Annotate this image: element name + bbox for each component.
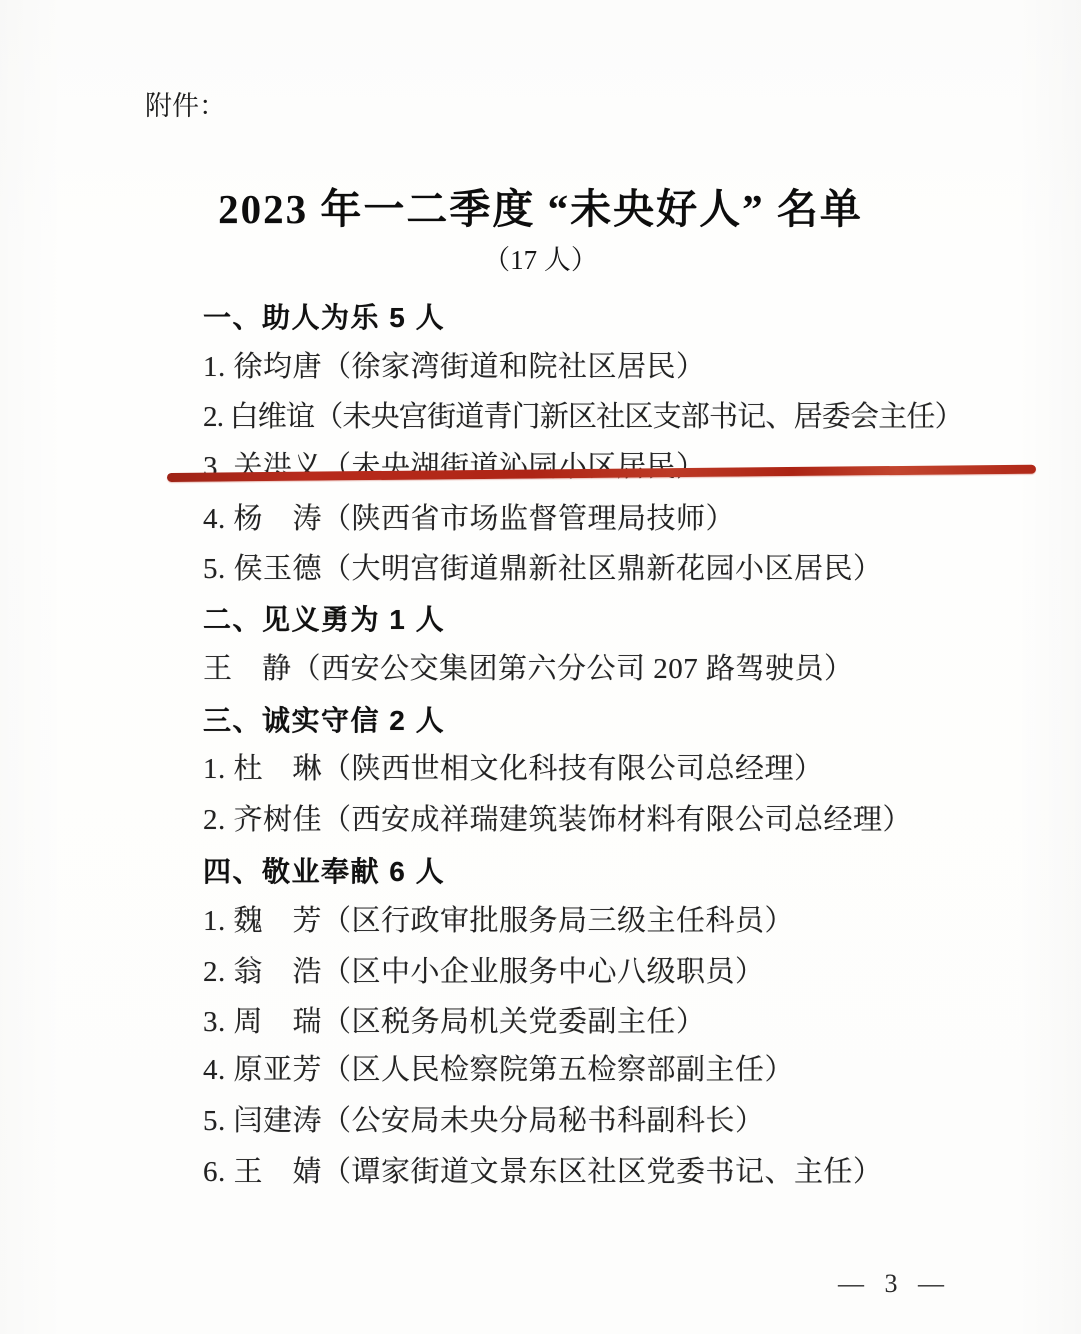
list-item: 4. 原亚芳（区人民检察院第五检察部副主任） xyxy=(203,1047,794,1088)
list-item: 王 静（西安公交集团第六分公司 207 路驾驶员） xyxy=(203,646,854,687)
section-heading-3: 三、诚实守信 2 人 xyxy=(203,699,445,739)
list-item: 3. 周 瑞（区税务局机关党委副主任） xyxy=(203,999,706,1040)
list-item: 1. 杜 琳（陕西世相文化科技有限公司总经理） xyxy=(203,746,824,787)
section-heading-1: 一、助人为乐 5 人 xyxy=(203,296,445,336)
list-item: 5. 侯玉德（大明宫街道鼎新社区鼎新花园小区居民） xyxy=(203,546,883,587)
section-heading-2: 二、见义勇为 1 人 xyxy=(203,598,445,638)
document-title: 2023 年一二季度 “未央好人” 名单 xyxy=(0,176,1081,235)
total-count-line: （17 人） xyxy=(0,238,1081,277)
list-item: 6. 王 婧（谭家街道文景东区社区党委书记、主任） xyxy=(203,1149,883,1190)
list-item: 2. 齐树佳（西安成祥瑞建筑装饰材料有限公司总经理） xyxy=(203,797,912,838)
list-item: 5. 闫建涛（公安局未央分局秘书科副科长） xyxy=(203,1098,765,1139)
list-item: 1. 徐均唐（徐家湾街道和院社区居民） xyxy=(203,344,706,385)
list-item: 2. 白维谊（未央宫街道青门新区社区支部书记、居委会主任） xyxy=(203,394,963,435)
list-item: 4. 杨 涛（陕西省市场监督管理局技师） xyxy=(203,496,735,537)
section-heading-4: 四、敬业奉献 6 人 xyxy=(203,850,445,890)
page-number: — 3 — xyxy=(838,1269,945,1299)
attachment-label: 附件： xyxy=(145,84,226,123)
list-item: 2. 翁 浩（区中小企业服务中心八级职员） xyxy=(203,949,765,990)
document-page: 附件： 2023 年一二季度 “未央好人” 名单 （17 人） 一、助人为乐 5… xyxy=(0,0,1081,1334)
list-item: 1. 魏 芳（区行政审批服务局三级主任科员） xyxy=(203,898,794,939)
